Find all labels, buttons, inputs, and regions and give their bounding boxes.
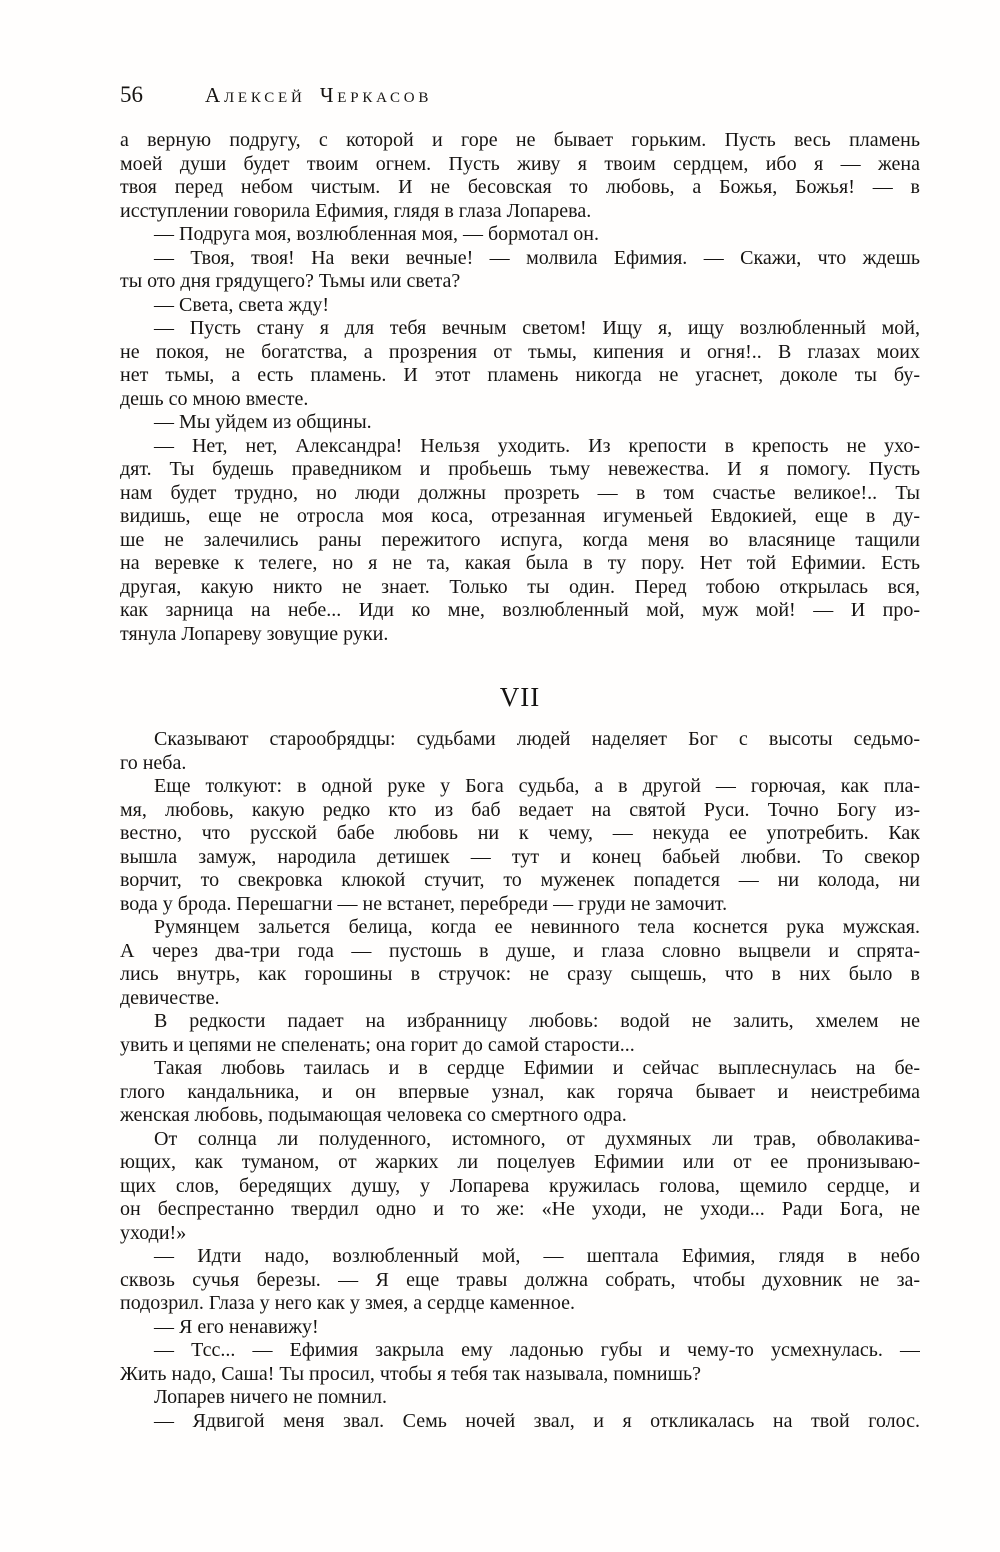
paragraph: От солнца ли полуденного, истомного, от … xyxy=(120,1128,920,1246)
text-line: — Света, света жду! xyxy=(120,294,920,318)
text-line: сквозь сучья березы. — Я еще травы должн… xyxy=(120,1269,920,1293)
text-line: женская любовь, подымающая человека со с… xyxy=(120,1104,920,1128)
text-line: ты ото дня грядущего? Тьмы или света? xyxy=(120,270,920,294)
text-line: увить и цепями не спеленать; она горит д… xyxy=(120,1034,920,1058)
running-title: Алексей Черкасов xyxy=(205,82,432,108)
text-line: другая, какую никто не знает. Только ты … xyxy=(120,576,920,600)
paragraph: — Ядвигой меня звал. Семь ночей звал, и … xyxy=(120,1410,920,1434)
text-line: вода у брода. Перешагни — не встанет, пе… xyxy=(120,893,920,917)
text-line: — Твоя, твоя! На веки вечные! — молвила … xyxy=(120,247,920,271)
text-line: От солнца ли полуденного, истомного, от … xyxy=(120,1128,920,1152)
paragraph: — Мы уйдем из общины. xyxy=(120,411,920,435)
text-line: твоя перед небом чистым. И не бесовская … xyxy=(120,176,920,200)
text-line: — Нет, нет, Александра! Нельзя уходить. … xyxy=(120,435,920,459)
text-line: — Тсс... — Ефимия закрыла ему ладонью гу… xyxy=(120,1339,920,1363)
text-line: ющих, как туманом, от жарких ли поцелуев… xyxy=(120,1151,920,1175)
paragraph: Лопарев ничего не помнил. xyxy=(120,1386,920,1410)
text-line: он беспрестанно твердил одно и то же: «Н… xyxy=(120,1198,920,1222)
text-line: — Мы уйдем из общины. xyxy=(120,411,920,435)
paragraph: — Я его ненавижу! xyxy=(120,1316,920,1340)
text-line: вестно, что русской бабе любовь ни к чем… xyxy=(120,822,920,846)
text-line: дешь со мною вместе. xyxy=(120,388,920,412)
text-line: не покоя, не богатства, а прозрения от т… xyxy=(120,341,920,365)
text-line: подозрил. Глаза у него как у змея, а сер… xyxy=(120,1292,920,1316)
text-line: — Подруга моя, возлюбленная моя, — бормо… xyxy=(120,223,920,247)
text-line: исступлении говорила Ефимия, глядя в гла… xyxy=(120,200,920,224)
text-line: дят. Ты будешь праведником и пробьешь ть… xyxy=(120,458,920,482)
text-line: ше не залечились раны пережитого испуга,… xyxy=(120,529,920,553)
text-line: нет тьмы, а есть пламень. И этот пламень… xyxy=(120,364,920,388)
text-line: лись внутрь, как горошины в стручок: не … xyxy=(120,963,920,987)
book-page: 56 Алексей Черкасов а верную подругу, с … xyxy=(0,0,1000,1552)
text-line: Сказывают старообрядцы: судьбами людей н… xyxy=(120,728,920,752)
text-line: Такая любовь таилась и в сердце Ефимии и… xyxy=(120,1057,920,1081)
text-line: видишь, еще не отросла моя коса, отрезан… xyxy=(120,505,920,529)
text-line: — Ядвигой меня звал. Семь ночей звал, и … xyxy=(120,1410,920,1434)
text-line: нам будет трудно, но люди должны прозрет… xyxy=(120,482,920,506)
paragraph: — Тсс... — Ефимия закрыла ему ладонью гу… xyxy=(120,1339,920,1386)
text-line: Жить надо, Саша! Ты просил, чтобы я тебя… xyxy=(120,1363,920,1387)
paragraph: — Нет, нет, Александра! Нельзя уходить. … xyxy=(120,435,920,647)
section-heading: VII xyxy=(120,682,920,712)
paragraph: Такая любовь таилась и в сердце Ефимии и… xyxy=(120,1057,920,1128)
text-line: вышла замуж, народила детишек — тут и ко… xyxy=(120,846,920,870)
text-line: тянула Лопареву зовущие руки. xyxy=(120,623,920,647)
paragraph: Сказывают старообрядцы: судьбами людей н… xyxy=(120,728,920,775)
text-line: глого кандальника, и он впервые узнал, к… xyxy=(120,1081,920,1105)
text-line: девичестве. xyxy=(120,987,920,1011)
text-line: А через два-три года — пустошь в душе, и… xyxy=(120,940,920,964)
paragraph: — Подруга моя, возлюбленная моя, — бормо… xyxy=(120,223,920,247)
text-line: на веревке к телеге, но я не та, какая б… xyxy=(120,552,920,576)
text-line: моей души будет твоим огнем. Пусть живу … xyxy=(120,153,920,177)
text-line: как зарница на небе... Иди ко мне, возлю… xyxy=(120,599,920,623)
text-block: а верную подругу, с которой и горе не бы… xyxy=(120,129,920,1433)
paragraph: — Пусть стану я для тебя вечным светом! … xyxy=(120,317,920,411)
text-line: В редкости падает на избранницу любовь: … xyxy=(120,1010,920,1034)
paragraph: — Света, света жду! xyxy=(120,294,920,318)
text-line: мя, любовь, какую редко кто из баб ведае… xyxy=(120,799,920,823)
text-line: — Я его ненавижу! xyxy=(120,1316,920,1340)
paragraph: — Идти надо, возлюбленный мой, — шептала… xyxy=(120,1245,920,1316)
paragraph: а верную подругу, с которой и горе не бы… xyxy=(120,129,920,223)
page-number: 56 xyxy=(120,82,143,108)
text-line: — Идти надо, возлюбленный мой, — шептала… xyxy=(120,1245,920,1269)
paragraph: — Твоя, твоя! На веки вечные! — молвила … xyxy=(120,247,920,294)
paragraph: В редкости падает на избранницу любовь: … xyxy=(120,1010,920,1057)
text-line: Лопарев ничего не помнил. xyxy=(120,1386,920,1410)
running-header: 56 Алексей Черкасов xyxy=(120,82,920,108)
paragraph: Румянцем зальется белица, когда ее невин… xyxy=(120,916,920,1010)
text-line: ворчит, то свекровка клюкой стучит, то м… xyxy=(120,869,920,893)
text-line: Еще толкуют: в одной руке у Бога судьба,… xyxy=(120,775,920,799)
text-line: — Пусть стану я для тебя вечным светом! … xyxy=(120,317,920,341)
text-line: Румянцем зальется белица, когда ее невин… xyxy=(120,916,920,940)
text-line: щих слов, бередящих душу, у Лопарева кру… xyxy=(120,1175,920,1199)
text-line: а верную подругу, с которой и горе не бы… xyxy=(120,129,920,153)
text-line: уходи!» xyxy=(120,1222,920,1246)
paragraph: Еще толкуют: в одной руке у Бога судьба,… xyxy=(120,775,920,916)
text-line: го неба. xyxy=(120,752,920,776)
